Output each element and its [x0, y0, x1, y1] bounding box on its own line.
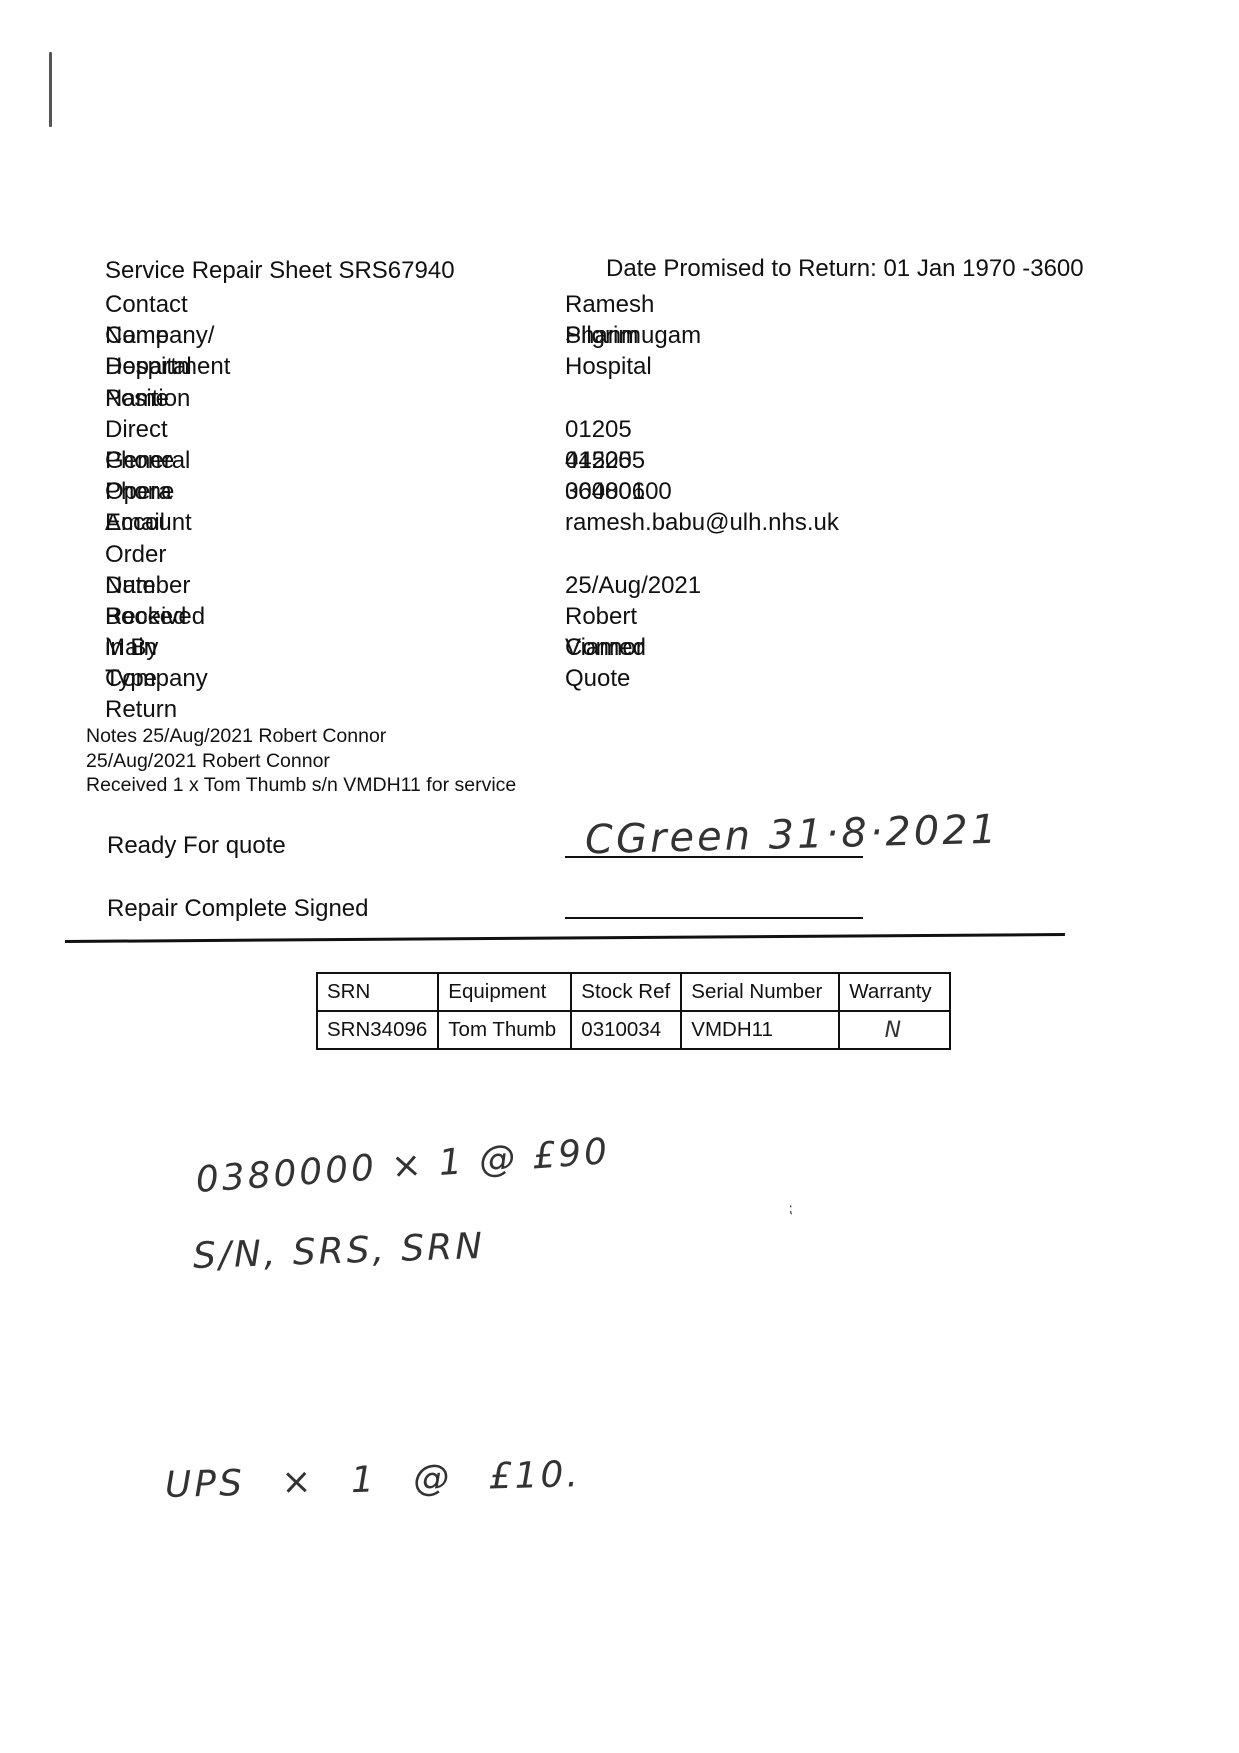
handwritten-line-3: UPS × 1 @ £10.	[164, 1454, 581, 1506]
field-value: Viamed	[565, 632, 646, 663]
repair-signature-line	[565, 917, 863, 919]
repair-complete-label: Repair Complete Signed	[107, 895, 368, 923]
field-label: Position	[105, 383, 190, 414]
field-value: 25/Aug/2021	[565, 570, 701, 601]
table-header-row: SRN Equipment Stock Ref Serial Number Wa…	[317, 973, 950, 1011]
handwritten-line-1: 0380000 × 1 @ £90	[195, 1131, 612, 1201]
notes-block: Notes 25/Aug/2021 Robert Connor 25/Aug/2…	[86, 724, 516, 798]
stray-mark: ⁏	[788, 1200, 793, 1217]
handwritten-line-2: S/N, SRS, SRN	[192, 1226, 485, 1277]
scan-margin-mark	[49, 52, 52, 127]
ready-signature: CGreen 31·8·2021	[584, 807, 999, 864]
notes-line: Notes 25/Aug/2021 Robert Connor	[86, 724, 516, 749]
field-label: Type Return	[105, 663, 177, 725]
equipment-table: SRN Equipment Stock Ref Serial Number Wa…	[316, 972, 951, 1050]
header-stock-ref: Stock Ref	[571, 973, 681, 1011]
field-value: ramesh.babu@ulh.nhs.uk	[565, 507, 839, 538]
cell-serial-number: VMDH11	[681, 1011, 839, 1049]
header-equipment: Equipment	[438, 973, 571, 1011]
cell-equipment: Tom Thumb	[438, 1011, 571, 1049]
ready-signature-line	[565, 856, 863, 858]
cell-stock-ref: 0310034	[571, 1011, 681, 1049]
notes-line: 25/Aug/2021 Robert Connor	[86, 749, 516, 774]
field-value: 00000600	[565, 476, 672, 507]
field-label: Email	[105, 507, 165, 538]
field-value: Quote	[565, 663, 630, 694]
cell-warranty: N	[839, 1011, 950, 1049]
table-row: SRN34096 Tom Thumb 0310034 VMDH11 N	[317, 1011, 950, 1049]
header-warranty: Warranty	[839, 973, 950, 1011]
header-serial-number: Serial Number	[681, 973, 839, 1011]
ready-for-quote-label: Ready For quote	[107, 832, 286, 860]
cell-srn: SRN34096	[317, 1011, 438, 1049]
field-value: Pilgrim Hospital	[565, 320, 652, 382]
section-divider	[65, 933, 1065, 943]
sheet-title: Service Repair Sheet SRS67940	[105, 257, 455, 285]
field-label: Department	[105, 351, 230, 382]
header-srn: SRN	[317, 973, 438, 1011]
date-promised: Date Promised to Return: 01 Jan 1970 -36…	[606, 255, 1084, 283]
notes-line: Received 1 x Tom Thumb s/n VMDH11 for se…	[86, 773, 516, 798]
